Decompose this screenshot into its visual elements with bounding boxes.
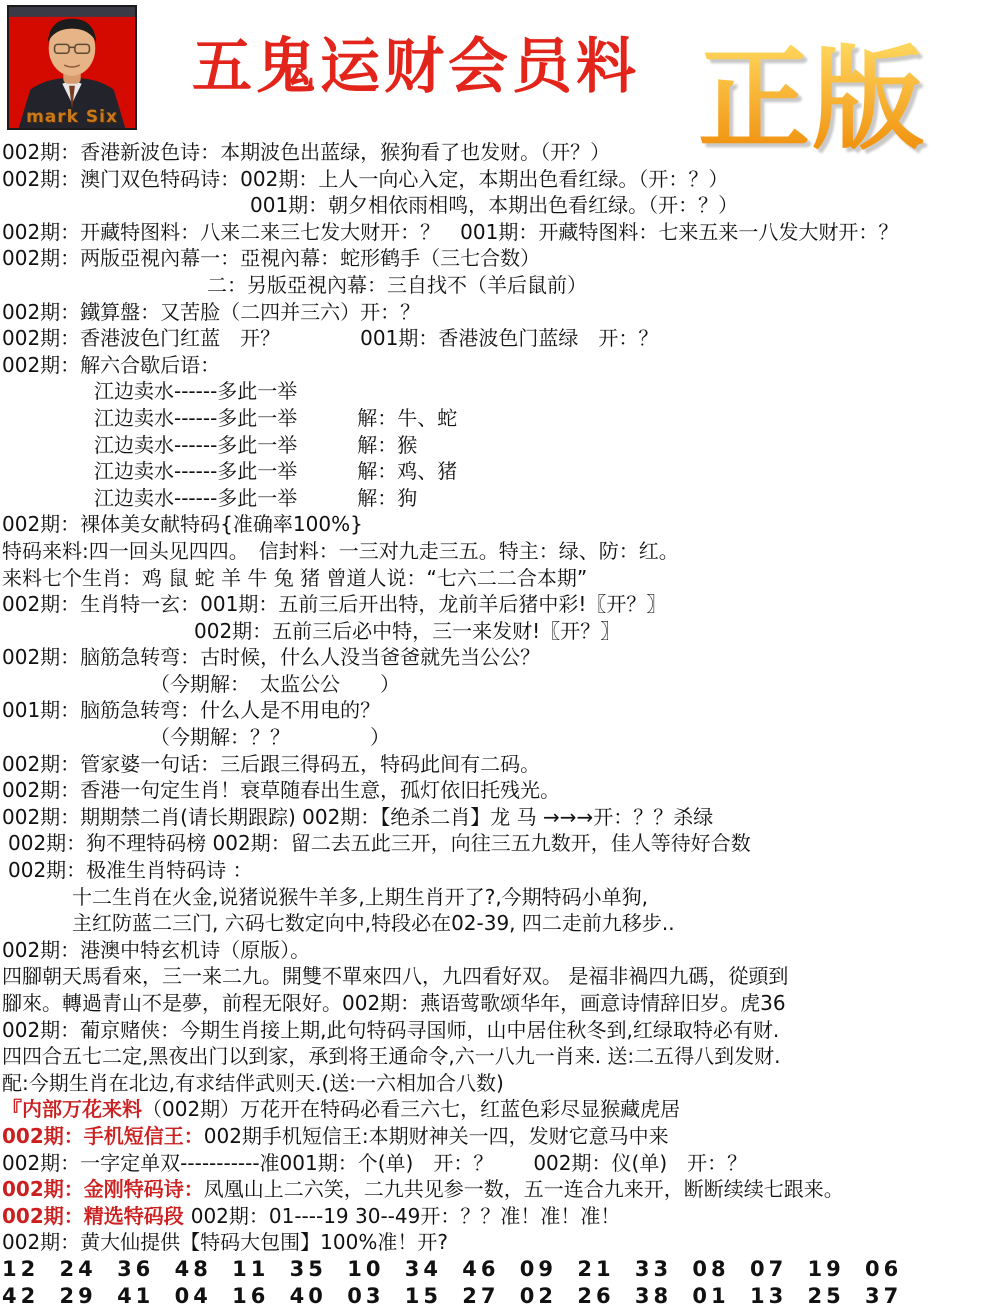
text-line: 002期：开藏特图料：八来二来三七发大财开：？ 001期：开藏特图料：七来五来一…: [2, 219, 990, 246]
text-line: 002期：生肖特一玄：001期：五前三后开出特，龙前羊后猪中彩!〖开？〗: [2, 591, 990, 618]
page-title: 五鬼运财会员料: [192, 34, 662, 100]
photo-caption-marksix: mark Six: [9, 107, 135, 127]
line-text: 特码来料:四一回头见四四。 信封料：一三对九走三五。特主：绿、防：红。: [2, 539, 679, 563]
line-text: 001期：朝夕相依雨相鸣，本期出色看红绿。（开：？）: [250, 193, 738, 217]
line-text: 002期：香港一句定生肖！衰草随春出生意，孤灯依旧托残光。: [2, 778, 560, 802]
text-line: 42 29 41 04 16 40 03 15 27 02 26 38 01 1…: [2, 1283, 990, 1309]
text-line: 002期：精选特码段 002期：01----19 30--49开：？？准！准！准…: [2, 1203, 990, 1230]
text-line: 002期：裸体美女献特码{准确率100%}: [2, 511, 990, 538]
text-line: 002期：狗不理特码榜 002期：留二去五此三开，向往三五九数开，佳人等待好合数: [2, 830, 990, 857]
text-line: 十二生肖在火金,说猪说猴牛羊多,上期生肖开了?,今期特码小单狗,: [2, 884, 990, 911]
line-label-red: 002期：金刚特码诗：: [2, 1177, 204, 1201]
line-text: 42 29 41 04 16 40 03 15 27 02 26 38 01 1…: [2, 1284, 902, 1308]
line-text: 12 24 36 48 11 35 10 34 46 09 21 33 08 0…: [2, 1257, 902, 1281]
text-line: 002期：一字定单双-----------准001期：个(单) 开：？ 002期…: [2, 1150, 990, 1177]
line-text: 江边卖水------多此一举 解：牛、蛇: [94, 406, 457, 430]
line-text: 江边卖水------多此一举: [94, 379, 297, 403]
line-text: 江边卖水------多此一举 解：猴: [94, 433, 417, 457]
line-text: 江边卖水------多此一举 解：狗: [94, 486, 417, 510]
body-text-lines: 002期：香港新波色诗：本期波色出蓝绿，猴狗看了也发财。（开？）002期：澳门双…: [2, 139, 990, 1309]
line-label-red: 002期：手机短信王：: [2, 1124, 204, 1148]
text-line: 002期：期期禁二肖(请长期跟踪) 002期：【绝杀二肖】龙 马 →→→开：？？…: [2, 804, 990, 831]
text-line: 002期：脑筋急转弯：古时候，什么人没当爸爸就先当公公？: [2, 644, 990, 671]
text-line: 配:今期生肖在北边,有求结伴武则天.(送:一六相加合八数): [2, 1070, 990, 1097]
line-text: 002期：两版亞視內幕一：亞視內幕：蛇形鹤手（三七合数）: [2, 246, 540, 270]
text-line: 002期：手机短信王：002期手机短信王:本期财神关一四，发财它意马中来: [2, 1123, 990, 1150]
text-line: 江边卖水------多此一举 解：狗: [2, 485, 990, 512]
line-text: （今期解： 太监公公 ）: [150, 672, 400, 696]
portrait-photo: mark Six: [7, 5, 137, 130]
line-text: 002期：狗不理特码榜 002期：留二去五此三开，向往三五九数开，佳人等待好合数: [8, 831, 751, 855]
line-text: 002期：香港新波色诗：本期波色出蓝绿，猴狗看了也发财。（开？）: [2, 140, 610, 164]
text-line: 腳來。轉過青山不是夢，前程无限好。002期：燕语莺歌颂华年，画意诗情辞旧岁。虎3…: [2, 990, 990, 1017]
line-text: 002期：脑筋急转弯：古时候，什么人没当爸爸就先当公公？: [2, 645, 540, 669]
text-line: 002期：解六合歇后语：: [2, 352, 990, 379]
text-line: 001期：朝夕相依雨相鸣，本期出色看红绿。（开：？）: [2, 192, 990, 219]
text-line: 主红防蓝二三门, 六码七数定向中,特段必在02-39, 四二走前九移步..: [2, 910, 990, 937]
text-line: 江边卖水------多此一举: [2, 378, 990, 405]
text-line: 002期：香港一句定生肖！衰草随春出生意，孤灯依旧托残光。: [2, 777, 990, 804]
line-text: 002期：五前三后必中特，三一来发财!〖开？〗: [194, 619, 620, 643]
text-line: 002期：葡京赌侠：今期生肖接上期,此句特码寻国师，山中居住秋冬到,红绿取特必有…: [2, 1017, 990, 1044]
tip-sheet-page: mark Six 五鬼运财会员料 正版 002期：香港新波色诗：本期波色出蓝绿，…: [0, 0, 992, 1309]
line-text: 002期：裸体美女献特码{准确率100%}: [2, 512, 363, 536]
text-line: 特码来料:四一回头见四四。 信封料：一三对九走三五。特主：绿、防：红。: [2, 538, 990, 565]
line-text: 002期：葡京赌侠：今期生肖接上期,此句特码寻国师，山中居住秋冬到,红绿取特必有…: [2, 1018, 779, 1042]
line-text: 002期：生肖特一玄：001期：五前三后开出特，龙前羊后猪中彩!〖开？〗: [2, 592, 666, 616]
text-line: 002期：香港波色门红蓝 开？ 001期：香港波色门蓝绿 开：？: [2, 325, 990, 352]
text-line: 002期：鐵算盤：又苦脸（二四并三六）开：？: [2, 299, 990, 326]
line-text: 002期：01----19 30--49开：？？准！准！准！: [191, 1204, 621, 1228]
text-line: 江边卖水------多此一举 解：猴: [2, 432, 990, 459]
line-text: 四四合五七二定,黑夜出门以到家，承到将王通命令,六一八九一肖来. 送:二五得八到…: [2, 1044, 781, 1068]
text-line: （今期解：？？ ）: [2, 724, 990, 751]
line-text: 002期：极准生肖特码诗 ：: [8, 858, 253, 882]
line-label-red: 『内部万花来料: [2, 1097, 142, 1121]
line-text: 002期：香港波色门红蓝 开？ 001期：香港波色门蓝绿 开：？: [2, 326, 658, 350]
text-line: 002期：极准生肖特码诗 ：: [2, 857, 990, 884]
text-line: 002期：澳门双色特码诗：002期：上人一向心入定，本期出色看红绿。（开：？）: [2, 166, 990, 193]
text-line: 002期：黄大仙提供【特码大包围】100%准！开?: [2, 1229, 990, 1256]
text-line: 001期：脑筋急转弯：什么人是不用电的？: [2, 697, 990, 724]
line-text: 十二生肖在火金,说猪说猴牛羊多,上期生肖开了?,今期特码小单狗,: [72, 885, 648, 909]
text-line: 江边卖水------多此一举 解：牛、蛇: [2, 405, 990, 432]
line-text: 002期：澳门双色特码诗：002期：上人一向心入定，本期出色看红绿。（开：？）: [2, 167, 728, 191]
text-line: 江边卖水------多此一举 解：鸡、猪: [2, 458, 990, 485]
line-text: （今期解：？？ ）: [150, 725, 390, 749]
line-text: （002期）万花开在特码必看三六七，红蓝色彩尽显猴藏虎居: [142, 1097, 680, 1121]
line-text: 配:今期生肖在北边,有求结伴武则天.(送:一六相加合八数): [2, 1071, 504, 1095]
line-text: 002期：港澳中特玄机诗（原版）。: [2, 938, 310, 962]
text-line: 四腳朝天馬看來，三一来二九。開雙不單來四八，九四看好双。 是福非禍四九碼，從頭到: [2, 963, 990, 990]
line-text: 002期：开藏特图料：八来二来三七发大财开：？ 001期：开藏特图料：七来五来一…: [2, 220, 898, 244]
text-line: 12 24 36 48 11 35 10 34 46 09 21 33 08 0…: [2, 1256, 990, 1283]
line-text: 主红防蓝二三门, 六码七数定向中,特段必在02-39, 四二走前九移步..: [72, 911, 675, 935]
line-text: 002期：管家婆一句话：三后跟三得码五，特码此间有二码。: [2, 752, 540, 776]
text-line: 002期：港澳中特玄机诗（原版）。: [2, 937, 990, 964]
text-line: 『内部万花来料（002期）万花开在特码必看三六七，红蓝色彩尽显猴藏虎居: [2, 1096, 990, 1123]
text-line: 来料七个生肖：鸡 鼠 蛇 羊 牛 兔 猪 曾道人说：“七六二二合本期”: [2, 565, 990, 592]
line-text: 四腳朝天馬看來，三一来二九。開雙不單來四八，九四看好双。 是福非禍四九碼，從頭到: [2, 964, 788, 988]
line-text: 凤凰山上二六笑，二九共见参一数，五一连合九来开，断断续续七跟来。: [204, 1177, 844, 1201]
line-text: 江边卖水------多此一举 解：鸡、猪: [94, 459, 457, 483]
line-text: 002期：解六合歇后语：: [2, 353, 220, 377]
text-line: 002期：管家婆一句话：三后跟三得码五，特码此间有二码。: [2, 751, 990, 778]
line-text: 002期：黄大仙提供【特码大包围】100%准！开?: [2, 1230, 448, 1254]
text-line: 002期：两版亞視內幕一：亞視內幕：蛇形鹤手（三七合数）: [2, 245, 990, 272]
line-text: 来料七个生肖：鸡 鼠 蛇 羊 牛 兔 猪 曾道人说：“七六二二合本期”: [2, 566, 587, 590]
line-label-red: 002期：精选特码段: [2, 1204, 191, 1228]
text-line: 002期：五前三后必中特，三一来发财!〖开？〗: [2, 618, 990, 645]
line-text: 002期手机短信王:本期财神关一四，发财它意马中来: [204, 1124, 669, 1148]
text-line: 二：另版亞視內幕：三自找不（羊后鼠前）: [2, 272, 990, 299]
text-line: 四四合五七二定,黑夜出门以到家，承到将王通命令,六一八九一肖来. 送:二五得八到…: [2, 1043, 990, 1070]
line-text: 002期：期期禁二肖(请长期跟踪) 002期：【绝杀二肖】龙 马 →→→开：？？…: [2, 805, 713, 829]
line-text: 002期：一字定单双-----------准001期：个(单) 开：？ 002期…: [2, 1151, 747, 1175]
text-line: （今期解： 太监公公 ）: [2, 671, 990, 698]
line-text: 001期：脑筋急转弯：什么人是不用电的？: [2, 698, 380, 722]
line-text: 002期：鐵算盤：又苦脸（二四并三六）开：？: [2, 300, 420, 324]
text-line: 002期：香港新波色诗：本期波色出蓝绿，猴狗看了也发财。（开？）: [2, 139, 990, 166]
text-line: 002期：金刚特码诗：凤凰山上二六笑，二九共见参一数，五一连合九来开，断断续续七…: [2, 1176, 990, 1203]
line-text: 二：另版亞視內幕：三自找不（羊后鼠前）: [207, 273, 587, 297]
line-text: 腳來。轉過青山不是夢，前程无限好。002期：燕语莺歌颂华年，画意诗情辞旧岁。虎3…: [2, 991, 786, 1015]
